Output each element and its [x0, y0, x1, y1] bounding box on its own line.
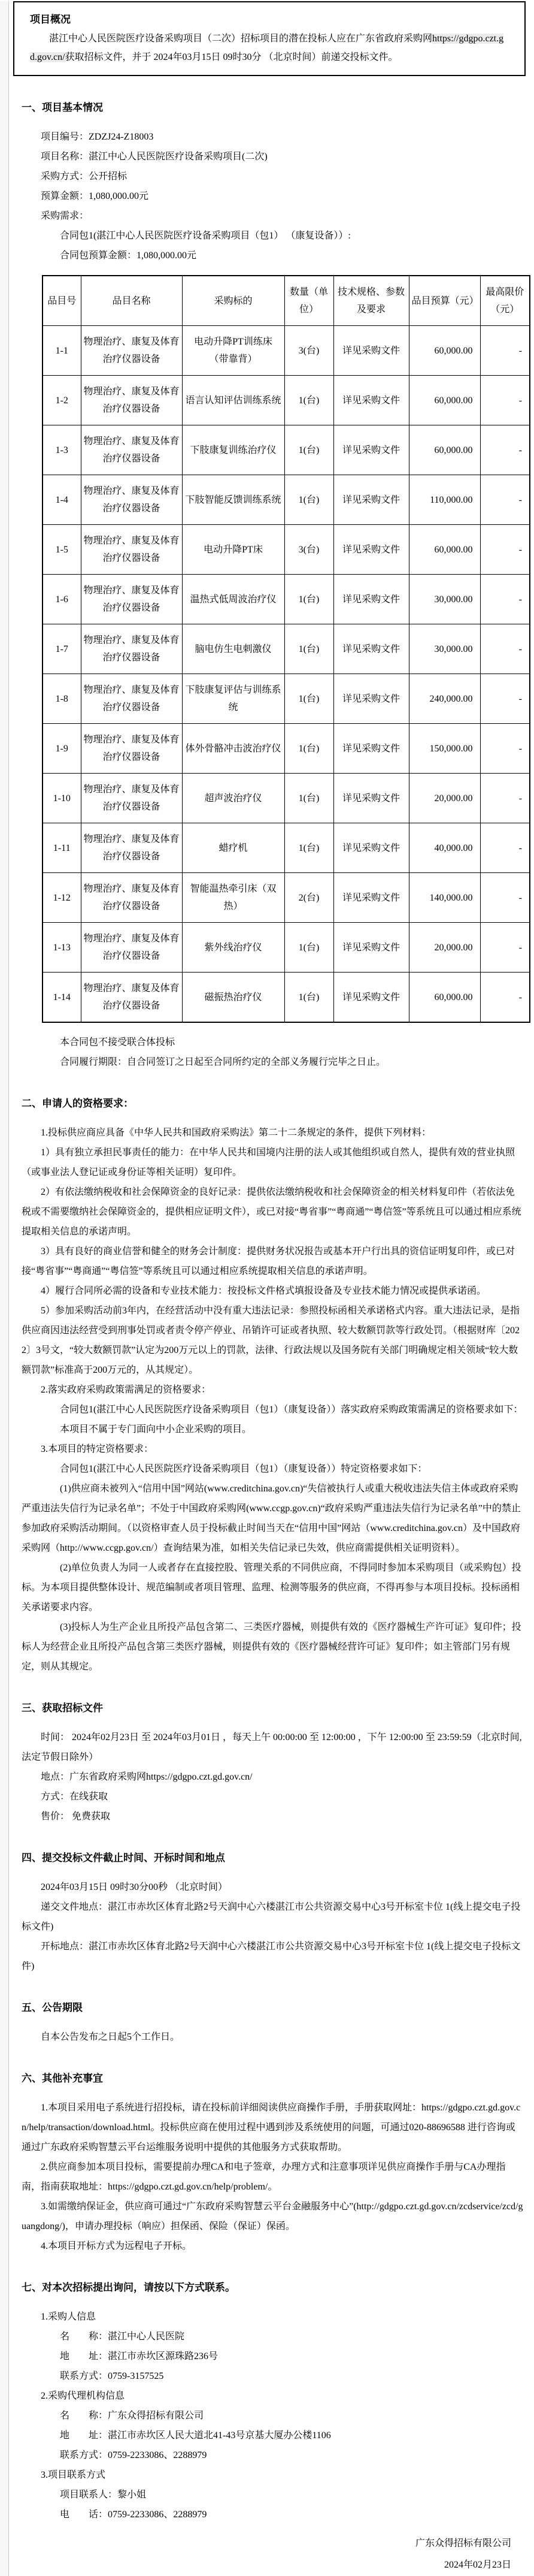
- item-target: 体外骨骼冲击波治疗仪: [182, 724, 284, 774]
- table-row: 1-13 物理治疗、康复及体育治疗仪器设备 紫外线治疗仪 1(台) 详见采购文件…: [43, 923, 530, 973]
- item-category: 物理治疗、康复及体育治疗仪器设备: [81, 873, 182, 923]
- item-category: 物理治疗、康复及体育治疗仪器设备: [81, 326, 182, 376]
- items-table-column-header: 品目号: [43, 276, 81, 326]
- item-quantity: 1(台): [284, 376, 333, 425]
- items-table-header-row: 品目号品目名称采购标的数量（单位）技术规格、参数及要求品目预算（元）最高限价（元…: [43, 276, 530, 326]
- item-budget: 110,000.00: [409, 475, 480, 525]
- overview-intro-text: 湛江中心人民医院医疗设备采购项目（二次）招标项目的潜在投标人应在广东省政府采购网: [49, 34, 432, 44]
- item-target: 语言认知评估训练系统: [182, 376, 284, 425]
- supplement-p3: 3.如需缴纳保证金，供应商可通过“广东政府采购智慧云平台金融服务中心”(http…: [22, 2197, 523, 2236]
- procurement-demand-label: 采购需求：: [22, 206, 523, 226]
- item-budget: 30,000.00: [409, 624, 480, 674]
- item-max-price: -: [480, 425, 530, 475]
- item-max-price: -: [480, 525, 530, 575]
- item-number: 1-13: [43, 923, 81, 973]
- table-row: 1-7 物理治疗、康复及体育治疗仪器设备 脑电仿生电刺激仪 1(台) 详见采购文…: [43, 624, 530, 674]
- item-max-price: -: [480, 326, 530, 376]
- item-max-price: -: [480, 873, 530, 923]
- items-table-column-header: 品目名称: [81, 276, 182, 326]
- package-note-contract-term: 合同履行期限：自合同签订之日起至合同所约定的全部义务履行完毕之日止。: [41, 1052, 523, 1072]
- item-max-price: -: [480, 575, 530, 624]
- item-number: 1-9: [43, 724, 81, 774]
- table-row: 1-5 物理治疗、康复及体育治疗仪器设备 电动升降PT床 3(台) 详见采购文件…: [43, 525, 530, 575]
- item-max-price: -: [480, 624, 530, 674]
- qualification-p6: 5）参加采购活动前3年内，在经营活动中没有重大违法记录：参照投标函相关承诺格式内…: [22, 1301, 523, 1380]
- item-category: 物理治疗、康复及体育治疗仪器设备: [81, 376, 182, 425]
- item-spec: 详见采购文件: [333, 376, 409, 425]
- procurement-method: 采购方式：公开招标: [22, 167, 523, 186]
- items-table: 品目号品目名称采购标的数量（单位）技术规格、参数及要求品目预算（元）最高限价（元…: [42, 275, 530, 1023]
- item-quantity: 2(台): [284, 873, 333, 923]
- item-max-price: -: [480, 674, 530, 724]
- specific-requirement-1: (1)供应商未被列入“信用中国”网站(www.creditchina.gov.c…: [22, 1479, 523, 1558]
- item-target: 脑电仿生电刺激仪: [182, 624, 284, 674]
- item-spec: 详见采购文件: [333, 525, 409, 575]
- item-number: 1-8: [43, 674, 81, 724]
- item-spec: 详见采购文件: [333, 774, 409, 823]
- project-overview-box: 项目概况 湛江中心人民医院医疗设备采购项目（二次）招标项目的潜在投标人应在广东省…: [13, 1, 526, 76]
- items-table-column-header: 最高限价（元）: [480, 276, 530, 326]
- item-budget: 20,000.00: [409, 923, 480, 973]
- signature-date: 2024年02月23日: [22, 2554, 511, 2576]
- item-quantity: 1(台): [284, 674, 333, 724]
- agency-info-title: 2.采购代理机构信息: [22, 2386, 523, 2406]
- item-category: 物理治疗、康复及体育治疗仪器设备: [81, 674, 182, 724]
- item-budget: 150,000.00: [409, 724, 480, 774]
- item-max-price: -: [480, 923, 530, 973]
- item-category: 物理治疗、康复及体育治疗仪器设备: [81, 823, 182, 873]
- section6-heading: 六、其他补充事宜: [22, 2070, 523, 2085]
- item-spec: 详见采购文件: [333, 674, 409, 724]
- overview-paragraph: 湛江中心人民医院医疗设备采购项目（二次）招标项目的潜在投标人应在广东省政府采购网…: [30, 29, 510, 67]
- item-number: 1-7: [43, 624, 81, 674]
- announcement-period: 自本公告发布之日起5个工作日。: [22, 2027, 523, 2047]
- specific-requirement-3: (3)投标人为生产企业且所投产品包含第二、三类医疗器械，则提供有效的《医疗器械生…: [22, 1617, 523, 1677]
- table-row: 1-10 物理治疗、康复及体育治疗仪器设备 超声波治疗仪 1(台) 详见采购文件…: [43, 774, 530, 823]
- buyer-name: 名 称：湛江中心人民医院: [41, 2327, 523, 2347]
- item-max-price: -: [480, 724, 530, 774]
- package-title: 合同包1(湛江中心人民医院医疗设备采购项目（包1） （康复设备））:: [41, 226, 523, 246]
- item-budget: 140,000.00: [409, 873, 480, 923]
- supplement-p2: 2.供应商参加本项目投标，需要提前办理CA和电子签章，办理方式和注意事项详见供应…: [22, 2157, 523, 2197]
- item-budget: 60,000.00: [409, 525, 480, 575]
- item-category: 物理治疗、康复及体育治疗仪器设备: [81, 774, 182, 823]
- item-spec: 详见采购文件: [333, 724, 409, 774]
- qualification-p3: 2）有依法缴纳税收和社会保障资金的良好记录：提供依法缴纳税收和社会保障资金的相关…: [22, 1182, 523, 1242]
- project-contact-phone: 电 话：0759-2233086、2288979: [41, 2505, 523, 2524]
- table-row: 1-1 物理治疗、康复及体育治疗仪器设备 电动升降PT训练床（带靠背） 3(台)…: [43, 326, 530, 376]
- item-quantity: 1(台): [284, 774, 333, 823]
- buyer-contact: 联系方式：0759-3157525: [41, 2366, 523, 2386]
- specific-requirement-package: 合同包1(湛江中心人民医院医疗设备采购项目（包1）（康复设备））特定资格要求如下…: [41, 1459, 523, 1479]
- item-target: 智能温热牵引床（双热）: [182, 873, 284, 923]
- signature-company: 广东众得招标有限公司: [22, 2533, 511, 2554]
- item-quantity: 1(台): [284, 425, 333, 475]
- document-method: 方式：在线获取: [22, 1787, 523, 1807]
- buyer-address: 地 址：湛江市赤坎区源珠路236号: [41, 2347, 523, 2366]
- budget-amount: 预算金额：1,080,000.00元: [22, 186, 523, 206]
- item-max-price: -: [480, 973, 530, 1023]
- item-target: 下肢康复训练治疗仪: [182, 425, 284, 475]
- item-target: 电动升降PT床: [182, 525, 284, 575]
- announcement-document: 项目概况 湛江中心人民医院医疗设备采购项目（二次）招标项目的潜在投标人应在广东省…: [22, 1, 523, 2576]
- project-contact-person: 项目联系人：黎小姐: [41, 2485, 523, 2505]
- item-spec: 详见采购文件: [333, 823, 409, 873]
- bid-deadline: 2024年03月15日 09时30分00秒 （北京时间）: [22, 1877, 523, 1897]
- table-row: 1-8 物理治疗、康复及体育治疗仪器设备 下肢康复评估与训练系统 1(台) 详见…: [43, 674, 530, 724]
- item-max-price: -: [480, 475, 530, 525]
- item-number: 1-2: [43, 376, 81, 425]
- item-category: 物理治疗、康复及体育治疗仪器设备: [81, 575, 182, 624]
- specific-requirement-2: (2)单位负责人为同一人或者存在直接控股、管理关系的不同供应商，不得同时参加本采…: [22, 1558, 523, 1617]
- items-table-column-header: 数量（单位）: [284, 276, 333, 326]
- item-number: 1-4: [43, 475, 81, 525]
- items-table-column-header: 采购标的: [182, 276, 284, 326]
- bid-open-place: 开标地点：湛江市赤坎区体育北路2号天润中心六楼湛江市公共资源交易中心3号开标室卡…: [22, 1937, 523, 1976]
- items-table-column-header: 品目预算（元）: [409, 276, 480, 326]
- section1-heading: 一、项目基本情况: [22, 99, 523, 114]
- item-number: 1-1: [43, 326, 81, 376]
- item-budget: 60,000.00: [409, 973, 480, 1023]
- item-budget: 30,000.00: [409, 575, 480, 624]
- package-budget: 合同包预算金额：1,080,000.00元: [41, 246, 523, 265]
- section2-heading: 二、申请人的资格要求：: [22, 1095, 523, 1110]
- section7-heading: 七、对本次招标提出询问，请按以下方式联系。: [22, 2279, 523, 2294]
- item-number: 1-3: [43, 425, 81, 475]
- section4-heading: 四、提交投标文件截止时间、开标时间和地点: [22, 1849, 523, 1864]
- item-spec: 详见采购文件: [333, 923, 409, 973]
- table-row: 1-4 物理治疗、康复及体育治疗仪器设备 下肢智能反馈训练系统 1(台) 详见采…: [43, 475, 530, 525]
- item-number: 1-11: [43, 823, 81, 873]
- item-spec: 详见采购文件: [333, 326, 409, 376]
- page-left-gutter: [0, 1, 9, 2576]
- item-number: 1-5: [43, 525, 81, 575]
- items-table-column-header: 技术规格、参数及要求: [333, 276, 409, 326]
- item-target: 蜡疗机: [182, 823, 284, 873]
- table-row: 1-6 物理治疗、康复及体育治疗仪器设备 温热式低周波治疗仪 1(台) 详见采购…: [43, 575, 530, 624]
- item-category: 物理治疗、康复及体育治疗仪器设备: [81, 973, 182, 1023]
- item-budget: 240,000.00: [409, 674, 480, 724]
- qualification-p2: 1）具有独立承担民事责任的能力：在中华人民共和国境内注册的法人或其他组织或自然人…: [22, 1143, 523, 1182]
- item-category: 物理治疗、康复及体育治疗仪器设备: [81, 724, 182, 774]
- table-row: 1-2 物理治疗、康复及体育治疗仪器设备 语言认知评估训练系统 1(台) 详见采…: [43, 376, 530, 425]
- item-target: 下肢智能反馈训练系统: [182, 475, 284, 525]
- agency-address: 地 址：湛江市赤坎区人民大道北41-43号京基大厦办公楼1106: [41, 2426, 523, 2445]
- item-category: 物理治疗、康复及体育治疗仪器设备: [81, 923, 182, 973]
- supplement-p4: 4.本项目开标方式为远程电子开标。: [22, 2236, 523, 2256]
- policy-requirement-label: 2.落实政府采购政策需满足的资格要求：: [22, 1380, 523, 1400]
- item-target: 紫外线治疗仪: [182, 923, 284, 973]
- overview-outro-text: 获取招标文件，并于 2024年03月15日 09时30分 （北京时间）前递交投标…: [65, 52, 398, 62]
- section5-heading: 五、公告期限: [22, 1999, 523, 2014]
- item-max-price: -: [480, 774, 530, 823]
- item-number: 1-12: [43, 873, 81, 923]
- package-note-joint-bid: 本合同包不接受联合体投标: [41, 1032, 523, 1052]
- item-budget: 20,000.00: [409, 774, 480, 823]
- item-number: 1-14: [43, 973, 81, 1023]
- item-target: 电动升降PT训练床（带靠背）: [182, 326, 284, 376]
- item-spec: 详见采购文件: [333, 624, 409, 674]
- item-category: 物理治疗、康复及体育治疗仪器设备: [81, 624, 182, 674]
- item-target: 磁振热治疗仪: [182, 973, 284, 1023]
- item-spec: 详见采购文件: [333, 973, 409, 1023]
- item-category: 物理治疗、康复及体育治疗仪器设备: [81, 525, 182, 575]
- item-quantity: 1(台): [284, 575, 333, 624]
- table-row: 1-12 物理治疗、康复及体育治疗仪器设备 智能温热牵引床（双热） 2(台) 详…: [43, 873, 530, 923]
- item-spec: 详见采购文件: [333, 873, 409, 923]
- item-quantity: 1(台): [284, 823, 333, 873]
- item-quantity: 3(台): [284, 326, 333, 376]
- specific-requirement-label: 3.本项目的特定资格要求：: [22, 1439, 523, 1459]
- section3-heading: 三、获取招标文件: [22, 1699, 523, 1714]
- item-max-price: -: [480, 823, 530, 873]
- table-row: 1-14 物理治疗、康复及体育治疗仪器设备 磁振热治疗仪 1(台) 详见采购文件…: [43, 973, 530, 1023]
- agency-contact: 联系方式：0759-2233086、2288979: [41, 2445, 523, 2465]
- overview-title: 项目概况: [30, 11, 510, 26]
- project-contact-title: 3.项目联系方式: [22, 2465, 523, 2485]
- item-quantity: 1(台): [284, 923, 333, 973]
- items-table-body: 1-1 物理治疗、康复及体育治疗仪器设备 电动升降PT训练床（带靠背） 3(台)…: [43, 326, 530, 1023]
- item-spec: 详见采购文件: [333, 425, 409, 475]
- table-row: 1-3 物理治疗、康复及体育治疗仪器设备 下肢康复训练治疗仪 1(台) 详见采购…: [43, 425, 530, 475]
- project-name: 项目名称：湛江中心人民医院医疗设备采购项目(二次): [22, 147, 523, 167]
- item-budget: 60,000.00: [409, 376, 480, 425]
- qualification-p4: 3）具有良好的商业信誉和健全的财务会计制度：提供财务状况报告或基本开户行出具的资…: [22, 1242, 523, 1281]
- supplement-p1: 1.本项目采用电子系统进行招投标，请在投标前详细阅读供应商操作手册，手册获取网址…: [22, 2098, 523, 2157]
- bid-submit-place: 递交文件地点：湛江市赤坎区体育北路2号天润中心六楼湛江市公共资源交易中心3号开标…: [22, 1897, 523, 1937]
- document-time: 时间： 2024年02月23日 至 2024年03月01日 ，每天上午 00:0…: [22, 1728, 523, 1767]
- items-table-header: 品目号品目名称采购标的数量（单位）技术规格、参数及要求品目预算（元）最高限价（元…: [43, 276, 530, 326]
- table-row: 1-11 物理治疗、康复及体育治疗仪器设备 蜡疗机 1(台) 详见采购文件 40…: [43, 823, 530, 873]
- document-place: 地点：广东省政府采购网https://gdgpo.czt.gd.gov.cn/: [22, 1767, 523, 1787]
- signature-block: 广东众得招标有限公司 2024年02月23日: [22, 2533, 523, 2576]
- agency-name: 名 称：广东众得招标有限公司: [41, 2406, 523, 2426]
- item-number: 1-10: [43, 774, 81, 823]
- qualification-p1: 1.投标供应商应具备《中华人民共和国政府采购法》第二十二条规定的条件，提供下列材…: [22, 1123, 523, 1143]
- project-number: 项目编号：ZDZJ24-Z18003: [22, 127, 523, 147]
- item-spec: 详见采购文件: [333, 475, 409, 525]
- item-budget: 60,000.00: [409, 425, 480, 475]
- item-budget: 40,000.00: [409, 823, 480, 873]
- policy-requirement-sme-note: 本项目不属于专门面向中小企业采购的项目。: [41, 1420, 523, 1439]
- item-quantity: 1(台): [284, 475, 333, 525]
- document-price: 售价： 免费获取: [22, 1807, 523, 1826]
- item-category: 物理治疗、康复及体育治疗仪器设备: [81, 425, 182, 475]
- item-quantity: 3(台): [284, 525, 333, 575]
- item-quantity: 1(台): [284, 973, 333, 1023]
- item-quantity: 1(台): [284, 624, 333, 674]
- buyer-info-title: 1.采购人信息: [22, 2307, 523, 2327]
- item-budget: 60,000.00: [409, 326, 480, 376]
- item-target: 下肢康复评估与训练系统: [182, 674, 284, 724]
- item-max-price: -: [480, 376, 530, 425]
- item-target: 温热式低周波治疗仪: [182, 575, 284, 624]
- item-target: 超声波治疗仪: [182, 774, 284, 823]
- item-number: 1-6: [43, 575, 81, 624]
- item-quantity: 1(台): [284, 724, 333, 774]
- qualification-p5: 4）履行合同所必需的设备和专业技术能力：按投标文件格式填报设备及专业技术能力情况…: [22, 1281, 523, 1301]
- policy-requirement-package: 合同包1(湛江中心人民医院医疗设备采购项目（包1）（康复设备））落实政府采购政策…: [41, 1400, 523, 1420]
- item-spec: 详见采购文件: [333, 575, 409, 624]
- table-row: 1-9 物理治疗、康复及体育治疗仪器设备 体外骨骼冲击波治疗仪 1(台) 详见采…: [43, 724, 530, 774]
- item-category: 物理治疗、康复及体育治疗仪器设备: [81, 475, 182, 525]
